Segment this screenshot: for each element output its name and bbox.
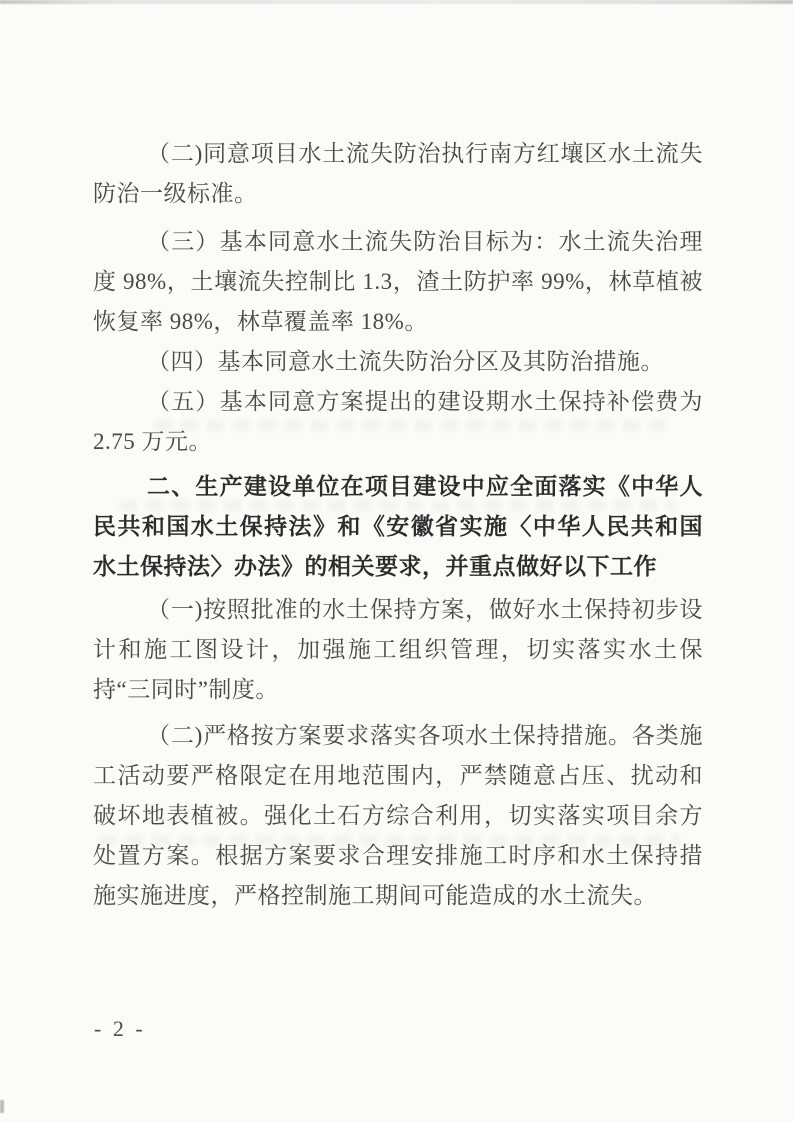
section-heading-2: 二、生产建设单位在项目建设中应全面落实《中华人民共和国水土保持法》和《安徽省实施… <box>93 466 703 586</box>
document-body: （二)同意项目水土流失防治执行南方红壤区水土流失防治一级标准。 （三）基本同意水… <box>93 134 703 916</box>
requirement-item-1: （一)按照批准的水土保持方案，做好水土保持初步设计和施工图设计，加强施工组织管理… <box>93 590 703 710</box>
scanned-document-page: （二)同意项目水土流失防治执行南方红壤区水土流失防治一级标准。 （三）基本同意水… <box>0 0 793 1122</box>
clause-item-4: （四）基本同意水土流失防治分区及其防治措施。 <box>93 342 703 382</box>
scan-edge-artifact <box>0 1100 4 1113</box>
clause-item-3: （三）基本同意水土流失防治目标为：水土流失治理度 98%，土壤流失控制比 1.3… <box>93 222 703 342</box>
page-number: - 2 - <box>94 1014 146 1044</box>
clause-item-5: （五）基本同意方案提出的建设期水土保持补偿费为 2.75 万元。 <box>93 382 703 462</box>
scan-edge-artifact <box>0 0 793 4</box>
requirement-item-2: （二)严格按方案要求落实各项水土保持措施。各类施工活动要严格限定在用地范围内，严… <box>93 716 703 916</box>
clause-item-2: （二)同意项目水土流失防治执行南方红壤区水土流失防治一级标准。 <box>93 134 703 214</box>
